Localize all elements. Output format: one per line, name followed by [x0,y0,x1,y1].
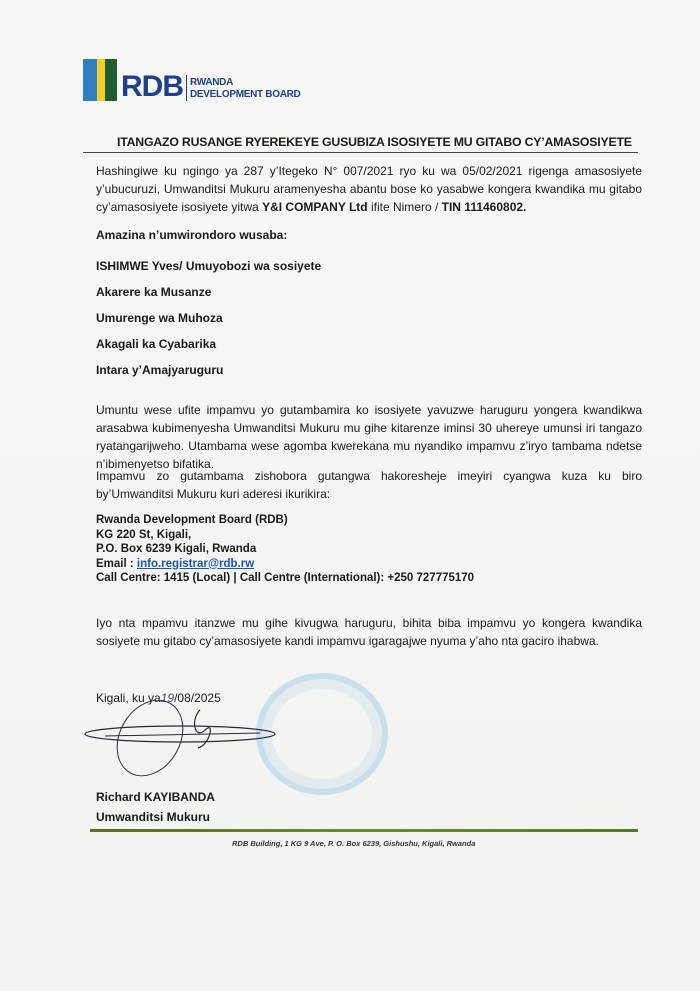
footer-divider [90,829,638,832]
applicant-name: ISHIMWE Yves/ Umuyobozi wa sosiyete [96,258,321,284]
intro-mid: ifite Nimero / [368,200,442,214]
flag-stripes-icon [83,59,119,101]
applicant-sector: Umurenge wa Muhoza [96,310,321,336]
document-page: RDB RWANDA DEVELOPMENT BOARD ITANGAZO RU… [0,0,700,991]
intro-paragraph: Hashingiwe ku ngingo ya 287 y’Itegeko N°… [96,162,642,216]
logo-abbrev: RDB [121,73,183,101]
email-link[interactable]: info.registrar@rdb.rw [137,558,254,570]
address-po-box: P.O. Box 6239 Kigali, Rwanda [96,542,474,557]
address-org: Rwanda Development Board (RDB) [96,513,474,528]
objection-paragraph: Umuntu wese ufite impamvu yo gutambamira… [96,401,642,473]
email-label: Email : [96,558,137,570]
company-tin: TIN 111460802. [442,200,527,214]
applicant-district: Akarere ka Musanze [96,284,321,310]
logo-line-1: RWANDA [190,77,300,89]
title-underline [83,152,638,153]
company-name: Y&I COMPANY Ltd [262,200,368,214]
footer-address: RDB Building, 1 KG 9 Ave, P. O. Box 6239… [232,839,475,848]
address-street: KG 220 St, Kigali, [96,528,474,543]
signer-name: Richard KAYIBANDA [96,790,215,804]
applicant-cell: Akagali ka Cyabarika [96,336,321,362]
applicant-province: Intara y’Amajyaruguru [96,362,321,388]
signer-title: Umwanditsi Mukuru [96,810,210,824]
address-email-line: Email : info.registrar@rdb.rw [96,557,474,572]
closing-paragraph: Iyo nta mpamvu itanzwe mu gihe kivugwa h… [96,614,642,650]
logo-fullname: RWANDA DEVELOPMENT BOARD [190,77,300,101]
logo-separator [186,75,187,101]
submission-paragraph: Impamvu zo gutambama zishobora gutangwa … [96,467,642,503]
rdb-logo: RDB RWANDA DEVELOPMENT BOARD [83,57,300,101]
applicant-details: ISHIMWE Yves/ Umuyobozi wa sosiyete Akar… [96,258,321,388]
handwritten-signature [80,700,280,780]
notice-title: ITANGAZO RUSANGE RYEREKEYE GUSUBIZA ISOS… [117,135,632,149]
address-call-centre: Call Centre: 1415 (Local) | Call Centre … [96,571,474,586]
contact-address: Rwanda Development Board (RDB) KG 220 St… [96,513,474,586]
applicant-label: Amazina n’umwirondoro wusaba: [96,228,287,242]
logo-line-2: DEVELOPMENT BOARD [190,89,300,101]
